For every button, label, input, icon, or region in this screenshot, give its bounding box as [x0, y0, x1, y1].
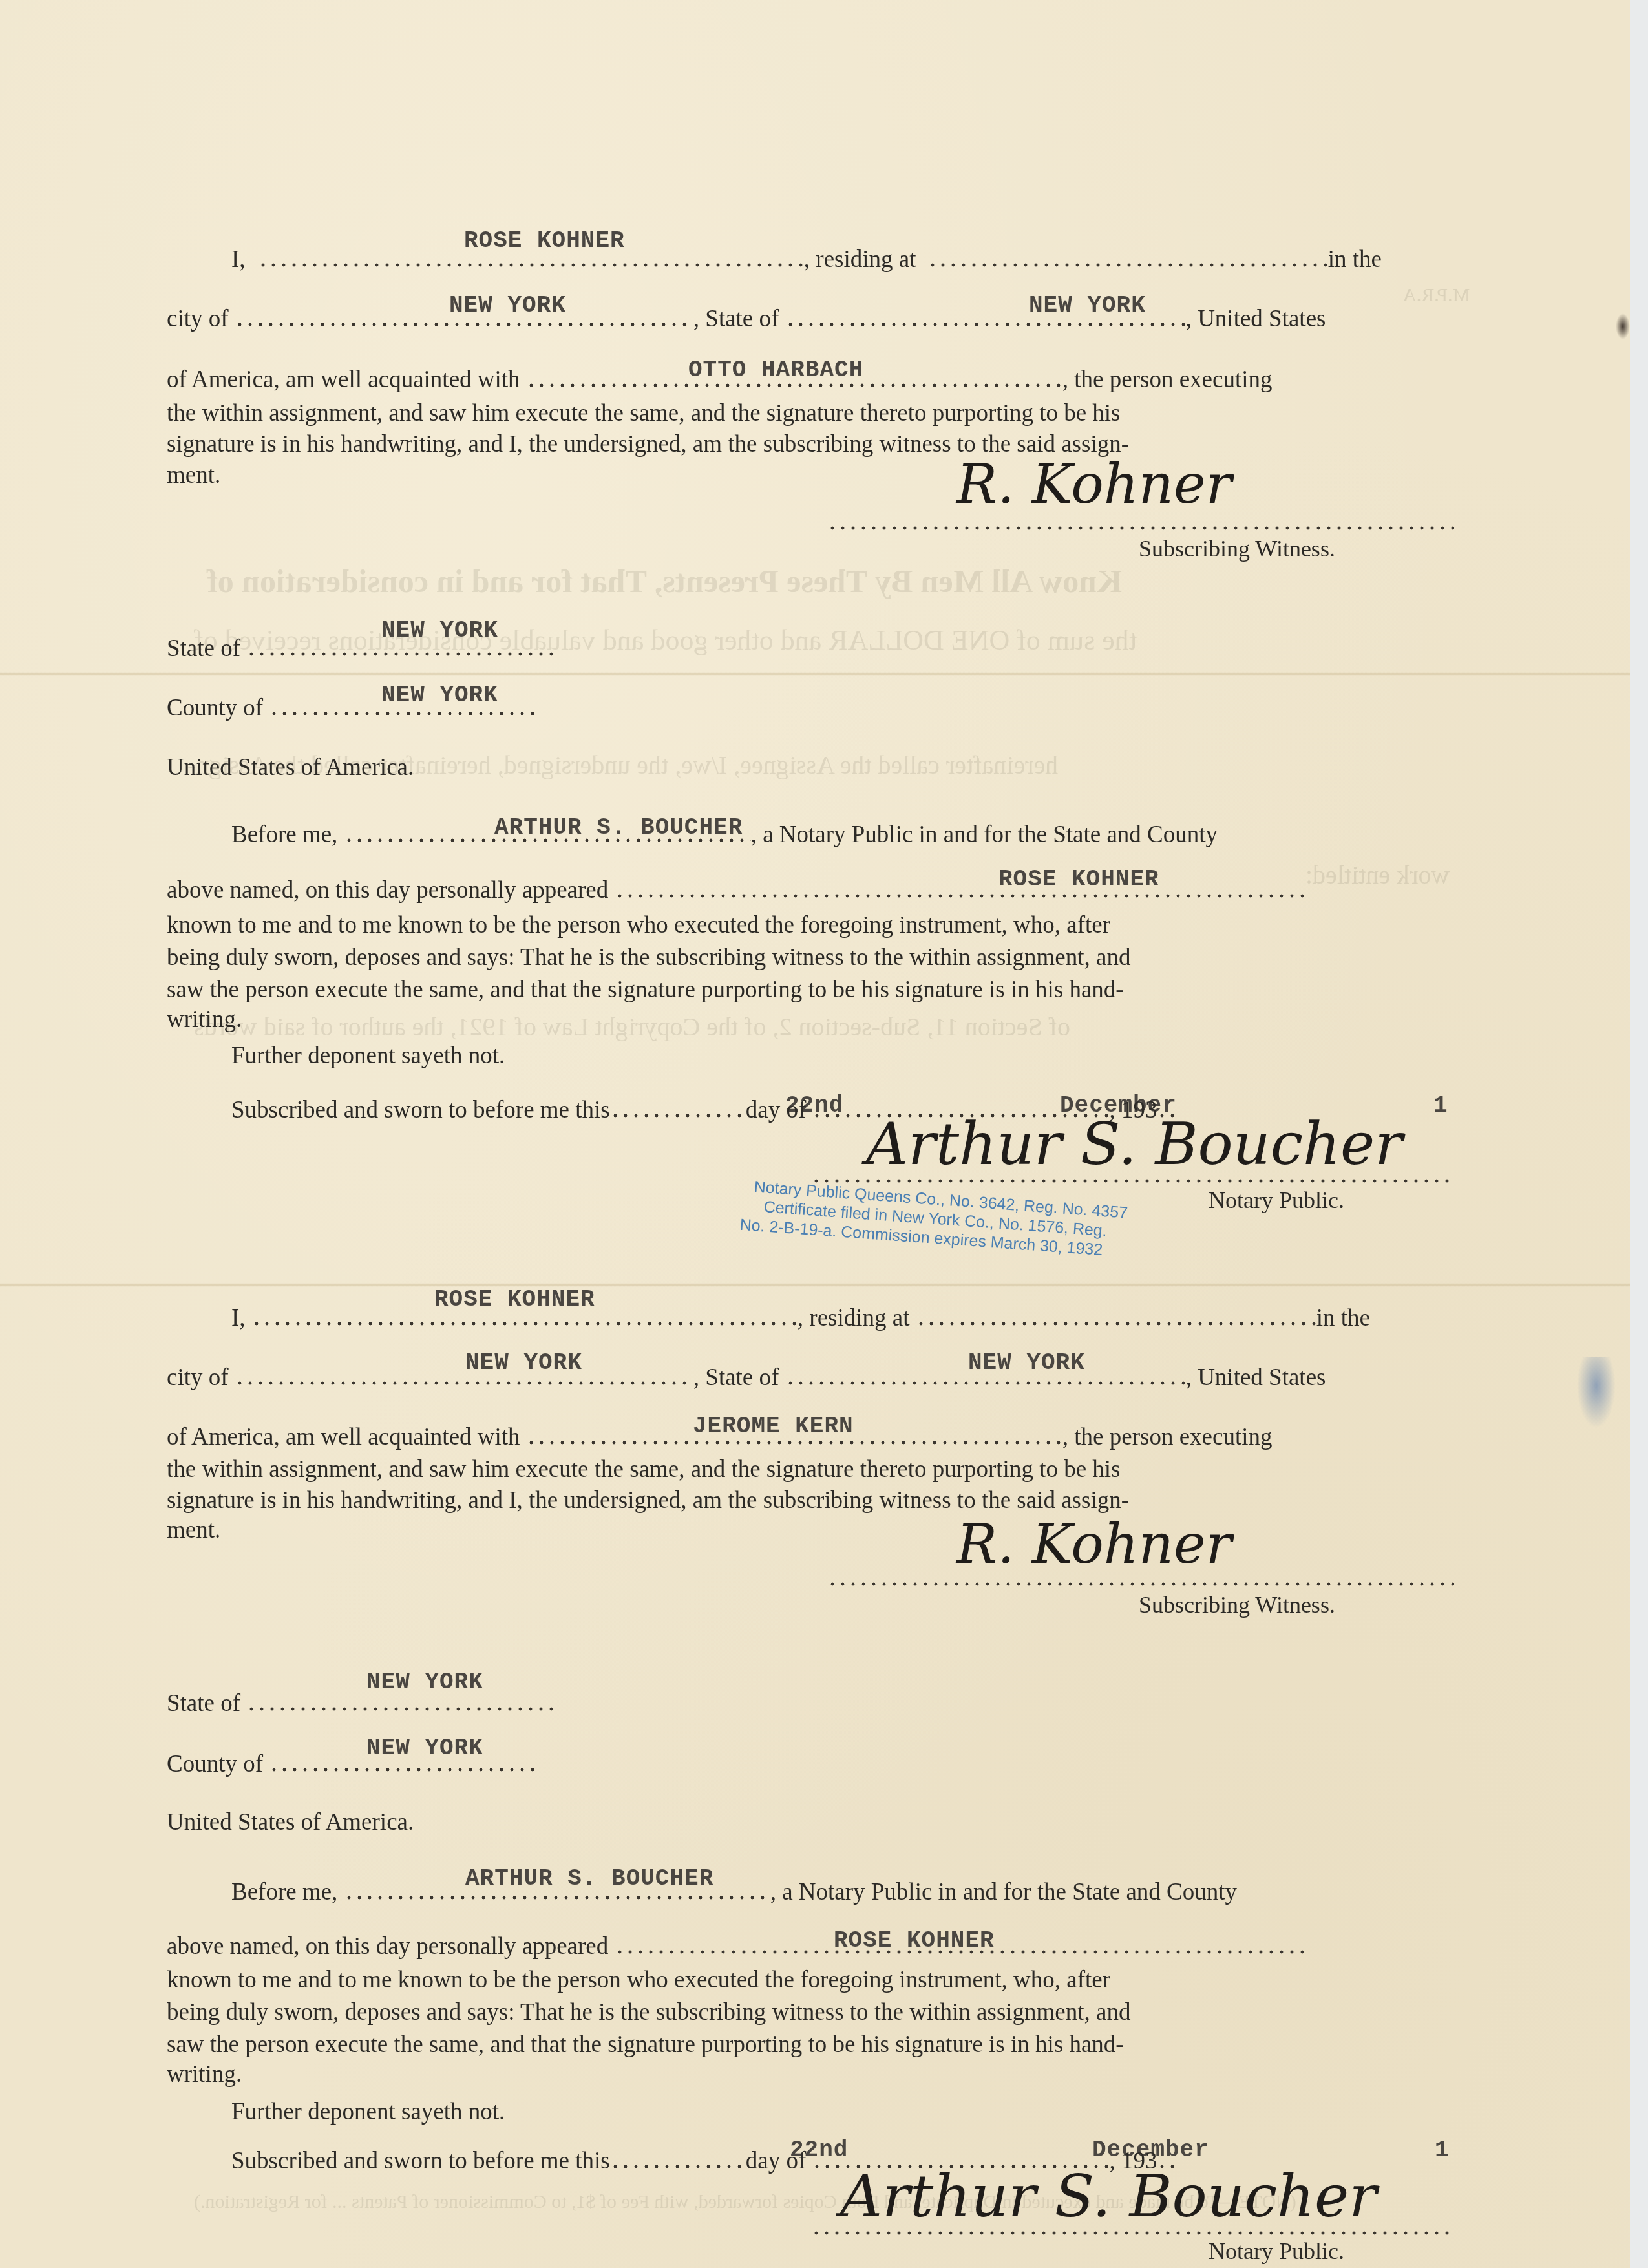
- notary-body-line: known to me and to me known to be the pe…: [167, 910, 1454, 941]
- label-acquainted: of America, am well acquainted with: [167, 1424, 520, 1450]
- jurisdiction-county-field[interactable]: [269, 1752, 534, 1772]
- jurisdiction-state-field[interactable]: [246, 637, 556, 656]
- state-field[interactable]: [785, 1366, 1186, 1385]
- label-state-of: State of: [167, 1690, 240, 1717]
- ink-smudge: [1577, 1357, 1616, 1428]
- witness-name-field[interactable]: [258, 248, 804, 267]
- appeared-field[interactable]: [615, 1934, 1309, 1954]
- label-city-of: city of: [167, 1364, 229, 1391]
- witness-signature-label: Subscribing Witness.: [1139, 1591, 1335, 1618]
- label-notary-role: , a Notary Public in and for the State a…: [751, 821, 1218, 848]
- jurisdiction-county-line: County of: [167, 1749, 1454, 1780]
- notary-body-line: writing.: [167, 2059, 1454, 2090]
- label-day-of: day of: [746, 2148, 807, 2174]
- notary-name-field[interactable]: [344, 1880, 770, 1900]
- notary-body-line: known to me and to me known to be the pe…: [167, 1965, 1454, 1996]
- label-above-named: above named, on this day personally appe…: [167, 877, 608, 904]
- jurisdiction-county-field[interactable]: [269, 696, 534, 715]
- notary-stamp: Notary Public Queens Co., No. 3642, Reg.…: [739, 1176, 1128, 1261]
- notary-body-line: being duly sworn, deposes and says: That…: [167, 942, 1454, 973]
- residing-field[interactable]: [916, 1306, 1316, 1326]
- city-field[interactable]: [235, 307, 693, 326]
- city-field[interactable]: [235, 1366, 693, 1385]
- acquainted-field[interactable]: [526, 368, 1062, 387]
- paper-fold: [0, 672, 1630, 676]
- label-day-of: day of: [746, 1097, 807, 1123]
- label-state-of: State of: [167, 635, 240, 662]
- notary-signature-line[interactable]: [811, 1163, 1454, 1183]
- witness-name-field[interactable]: [251, 1306, 798, 1326]
- label-person-executing: , the person executing: [1062, 1424, 1273, 1450]
- witness-body-line: signature is in his handwriting, and I, …: [167, 1485, 1454, 1516]
- label-above-named: above named, on this day personally appe…: [167, 1933, 608, 1960]
- further-deponent: Further deponent sayeth not.: [167, 2097, 1519, 2128]
- witness-body-line: ment.: [167, 460, 1454, 491]
- jurisdiction-country: United States of America.: [167, 752, 1454, 783]
- label-acquainted: of America, am well acquainted with: [167, 366, 520, 393]
- acquainted-line: of America, am well acquainted with , th…: [167, 1422, 1454, 1453]
- city-state-line: city of , State of , United States: [167, 1362, 1454, 1394]
- day-field[interactable]: [610, 2149, 746, 2168]
- jurisdiction-country: United States of America.: [167, 1807, 1454, 1838]
- label-in-the: in the: [1328, 246, 1382, 273]
- notary-intro-line: Before me, , a Notary Public in and for …: [167, 1877, 1454, 1908]
- residing-field[interactable]: [927, 248, 1328, 267]
- jurisdiction-state-line: State of: [167, 633, 1454, 664]
- bleed-through-line: Know All Men By These Presents, That for…: [207, 562, 1122, 600]
- label-state-of: , State of: [693, 1364, 779, 1391]
- ink-mark: [1616, 313, 1630, 339]
- notary-signature-label: Notary Public.: [1209, 1187, 1344, 1214]
- jurisdiction-county-line: County of: [167, 693, 1454, 724]
- notary-body-line: saw the person execute the same, and tha…: [167, 975, 1454, 1006]
- label-notary-role: , a Notary Public in and for the State a…: [770, 1879, 1237, 1905]
- notary-signature-line[interactable]: [811, 2216, 1454, 2235]
- document-page: M.P.R.A Know All Men By These Presents, …: [0, 0, 1630, 2268]
- label-in-the: in the: [1316, 1305, 1370, 1331]
- witness-body-line: the within assignment, and saw him execu…: [167, 398, 1454, 429]
- label-i: I,: [231, 246, 246, 273]
- notary-signature-label: Notary Public.: [1209, 2238, 1344, 2265]
- label-i: I,: [167, 1305, 246, 1331]
- day-field[interactable]: [610, 1098, 746, 1118]
- further-deponent: Further deponent sayeth not.: [167, 1041, 1519, 1072]
- label-subscribed: Subscribed and sworn to before me this: [167, 2148, 610, 2174]
- notary-name-field[interactable]: [344, 823, 751, 842]
- witness-body-line: ment.: [167, 1515, 1454, 1546]
- witness-signature-line[interactable]: [827, 1567, 1454, 1586]
- label-person-executing: , the person executing: [1062, 366, 1273, 393]
- witness-body-line: signature is in his handwriting, and I, …: [167, 429, 1454, 460]
- label-before-me: Before me,: [167, 821, 337, 848]
- label-county-of: County of: [167, 695, 263, 721]
- notary-body-line: being duly sworn, deposes and says: That…: [167, 1997, 1454, 2028]
- bleed-through-mark: M.P.R.A: [1402, 284, 1470, 306]
- witness-signature-label: Subscribing Witness.: [1139, 535, 1335, 562]
- witness-signature: R. Kohner: [956, 452, 1232, 516]
- label-county-of: County of: [167, 1751, 263, 1777]
- city-state-line: city of , State of , United States: [167, 304, 1454, 335]
- witness-intro-line: I, , residing at in the: [167, 244, 1454, 275]
- jurisdiction-state-line: State of: [167, 1688, 1454, 1719]
- acquainted-field[interactable]: [526, 1425, 1062, 1445]
- label-residing: , residing at: [804, 246, 916, 273]
- appeared-field[interactable]: [615, 878, 1309, 898]
- paper-fold: [0, 1283, 1630, 1287]
- witness-intro-line: I, , residing at in the: [167, 1303, 1454, 1334]
- label-united-states: , United States: [1186, 1364, 1326, 1391]
- label-residing: , residing at: [798, 1305, 910, 1331]
- jurisdiction-state-field[interactable]: [246, 1691, 556, 1711]
- label-state-of: , State of: [693, 306, 779, 332]
- label-city-of: city of: [167, 306, 229, 332]
- notary-body-line: writing.: [167, 1004, 1454, 1035]
- notary-body-line: saw the person execute the same, and tha…: [167, 2030, 1454, 2061]
- label-subscribed: Subscribed and sworn to before me this: [167, 1097, 610, 1123]
- witness-signature-line[interactable]: [827, 511, 1454, 530]
- notary-intro-line: Before me, , a Notary Public in and for …: [167, 820, 1454, 851]
- appeared-line: above named, on this day personally appe…: [167, 875, 1454, 906]
- label-united-states: , United States: [1186, 306, 1326, 332]
- appeared-line: above named, on this day personally appe…: [167, 1931, 1454, 1962]
- witness-body-line: the within assignment, and saw him execu…: [167, 1454, 1454, 1485]
- state-field[interactable]: [785, 307, 1186, 326]
- label-before-me: Before me,: [167, 1879, 337, 1905]
- acquainted-line: of America, am well acquainted with , th…: [167, 365, 1454, 396]
